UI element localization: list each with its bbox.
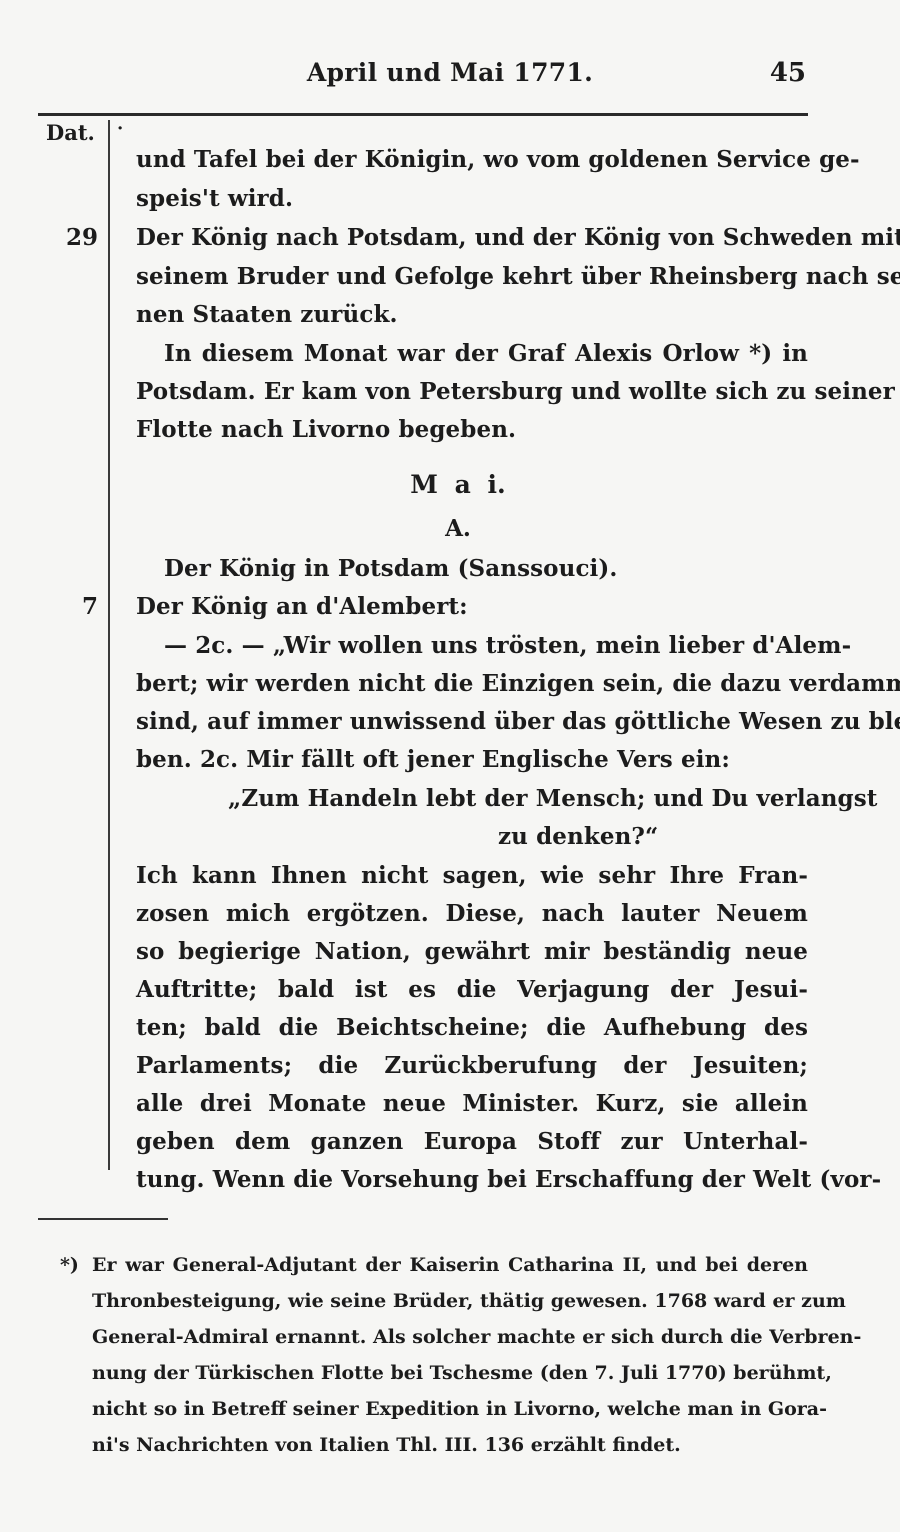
text-line: ten; bald die Beichtscheine; die Aufhebu… <box>136 1014 808 1041</box>
footnote-line: Thronbesteigung, wie seine Brüder, thäti… <box>92 1290 808 1312</box>
date-column-divider <box>108 120 110 1170</box>
entry-date: 7 <box>58 593 98 620</box>
text-line: so begierige Nation, gewährt mir beständ… <box>136 938 808 965</box>
text-line: bert; wir werden nicht die Einzigen sein… <box>136 670 808 697</box>
running-head: April und Mai 1771. 45 <box>0 58 900 98</box>
text-line: speis't wird. <box>136 185 808 212</box>
text-line: In diesem Monat war der Graf Alexis Orlo… <box>164 340 808 367</box>
text-line: Parlaments; die Zurückberufung der Jesui… <box>136 1052 808 1079</box>
text-line: Ich kann Ihnen nicht sagen, wie sehr Ihr… <box>136 862 808 889</box>
text-line: geben dem ganzen Europa Stoff zur Unterh… <box>136 1128 808 1155</box>
entry-date: 29 <box>58 224 98 251</box>
text-line: Der König nach Potsdam, und der König vo… <box>136 224 808 251</box>
section-subheading: A. <box>108 515 808 542</box>
text-line: zosen mich ergötzen. Diese, nach lauter … <box>136 900 808 927</box>
footnote-line: General-Admiral ernannt. Als solcher mac… <box>92 1326 808 1348</box>
footnote-line: nicht so in Betreff seiner Expedition in… <box>92 1398 808 1420</box>
verse-line: „Zum Handeln lebt der Mensch; und Du ver… <box>228 785 808 812</box>
text-line: sind, auf immer unwissend über das göttl… <box>136 708 808 735</box>
header-rule <box>38 113 808 116</box>
text-line: und Tafel bei der Königin, wo vom golden… <box>136 146 808 173</box>
text-line: Flotte nach Livorno begeben. <box>136 416 808 443</box>
verse-line: zu denken?“ <box>498 823 808 850</box>
continuation-mark: · <box>117 118 123 139</box>
text-line: tung. Wenn die Vorsehung bei Erschaffung… <box>136 1166 808 1193</box>
text-line: seinem Bruder und Gefolge kehrt über Rhe… <box>136 263 808 290</box>
book-page: April und Mai 1771. 45 Dat. · und Tafel … <box>0 0 900 1532</box>
location-line: Der König in Potsdam (Sanssouci). <box>164 555 808 582</box>
text-line: Auftritte; bald ist es die Verjagung der… <box>136 976 808 1003</box>
text-line: Potsdam. Er kam von Petersburg und wollt… <box>136 378 808 405</box>
footnote-rule <box>38 1218 168 1220</box>
running-title: April und Mai 1771. <box>0 58 900 87</box>
text-line: ben. 2c. Mir fällt oft jener Englische V… <box>136 746 808 773</box>
footnote-marker: *) <box>60 1254 79 1276</box>
text-line: nen Staaten zurück. <box>136 301 808 328</box>
text-line: alle drei Monate neue Minister. Kurz, si… <box>136 1090 808 1117</box>
text-line: Der König an d'Alembert: <box>136 593 808 620</box>
month-heading: M a i. <box>108 470 808 499</box>
footnote-line: nung der Türkischen Flotte bei Tschesme … <box>92 1362 808 1384</box>
footnote-line: ni's Nachrichten von Italien Thl. III. 1… <box>92 1434 808 1456</box>
text-line: — 2c. — „Wir wollen uns trösten, mein li… <box>164 632 808 659</box>
footnote-line: Er war General-Adjutant der Kaiserin Cat… <box>92 1254 808 1276</box>
page-number: 45 <box>770 58 806 88</box>
date-column-label: Dat. <box>46 120 95 145</box>
